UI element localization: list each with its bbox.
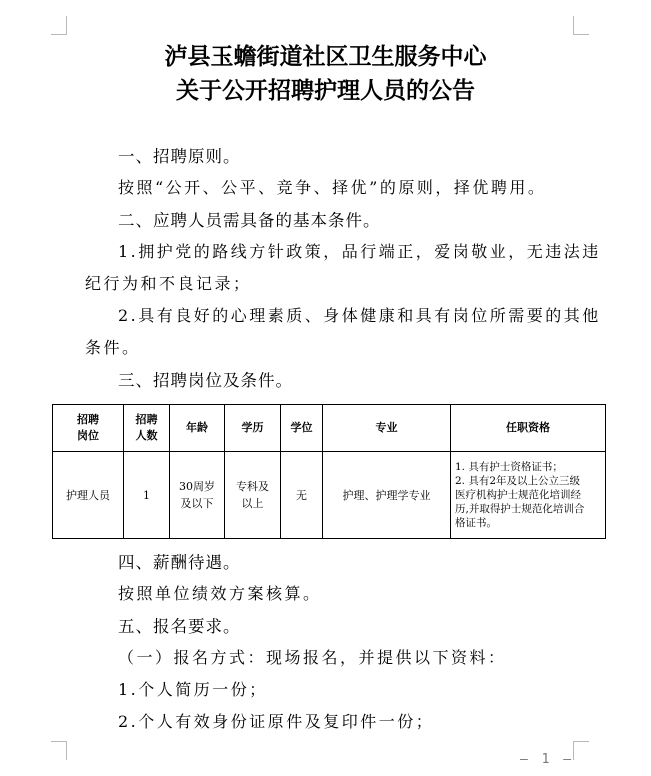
cell-position: 护理人员 bbox=[53, 452, 124, 539]
corner-mark-bottom-right bbox=[573, 741, 589, 760]
corner-mark-top-right bbox=[573, 16, 589, 35]
corner-mark-bottom-left bbox=[51, 741, 67, 760]
cell-count: 1 bbox=[124, 452, 170, 539]
section-5-item2: 2.个人有效身份证原件及复印件一份； bbox=[118, 709, 434, 732]
header-qualifications: 任职资格 bbox=[451, 405, 606, 452]
cell-degree: 无 bbox=[281, 452, 323, 539]
cell-education: 专科及以上 bbox=[225, 452, 281, 539]
header-degree: 学位 bbox=[281, 405, 323, 452]
page-number: – 1 – bbox=[520, 752, 574, 767]
section-5-heading: 五、报名要求。 bbox=[118, 613, 241, 637]
table-header-row: 招聘岗位 招聘人数 年龄 学历 学位 专业 任职资格 bbox=[53, 405, 606, 452]
table-row: 护理人员 1 30周岁及以下 专科及以上 无 护理、护理学专业 1. 具有护士资… bbox=[53, 452, 606, 539]
section-2-item1-line1: 1.拥护党的路线方针政策，品行端正，爱岗敬业，无违法违 bbox=[118, 239, 601, 262]
corner-mark-top-left bbox=[51, 16, 67, 35]
section-2-item2-line2: 条件。 bbox=[85, 335, 141, 358]
header-position: 招聘岗位 bbox=[53, 405, 124, 452]
header-age: 年龄 bbox=[170, 405, 225, 452]
cell-qualifications: 1. 具有护士资格证书； 2. 具有2年及以上公立三级 医疗机构护士规范化培训经… bbox=[451, 452, 606, 539]
section-4-body: 按照单位绩效方案核算。 bbox=[118, 581, 322, 604]
section-3-heading: 三、招聘岗位及条件。 bbox=[118, 367, 293, 391]
header-education: 学历 bbox=[225, 405, 281, 452]
header-count: 招聘人数 bbox=[124, 405, 170, 452]
section-4-heading: 四、薪酬待遇。 bbox=[118, 549, 241, 573]
document-title-line1: 泸县玉蟾街道社区卫生服务中心 bbox=[0, 38, 651, 71]
section-1-body: 按照“公开、公平、竞争、择优”的原则，择优聘用。 bbox=[118, 175, 546, 198]
section-5-method: （一）报名方式：现场报名，并提供以下资料： bbox=[118, 645, 507, 668]
cell-major: 护理、护理学专业 bbox=[323, 452, 451, 539]
header-major: 专业 bbox=[323, 405, 451, 452]
section-1-heading: 一、招聘原则。 bbox=[118, 143, 241, 167]
section-2-item2-line1: 2.具有良好的心理素质、身体健康和具有岗位所需要的其他 bbox=[118, 303, 601, 326]
section-5-item1: 1.个人简历一份； bbox=[118, 677, 268, 700]
document-title-line2: 关于公开招聘护理人员的公告 bbox=[0, 72, 651, 105]
section-2-heading: 二、应聘人员需具备的基本条件。 bbox=[118, 207, 381, 231]
section-2-item1-line2: 纪行为和不良记录； bbox=[85, 271, 252, 294]
cell-age: 30周岁及以下 bbox=[170, 452, 225, 539]
positions-table: 招聘岗位 招聘人数 年龄 学历 学位 专业 任职资格 护理人员 1 30周岁及以… bbox=[52, 404, 606, 539]
